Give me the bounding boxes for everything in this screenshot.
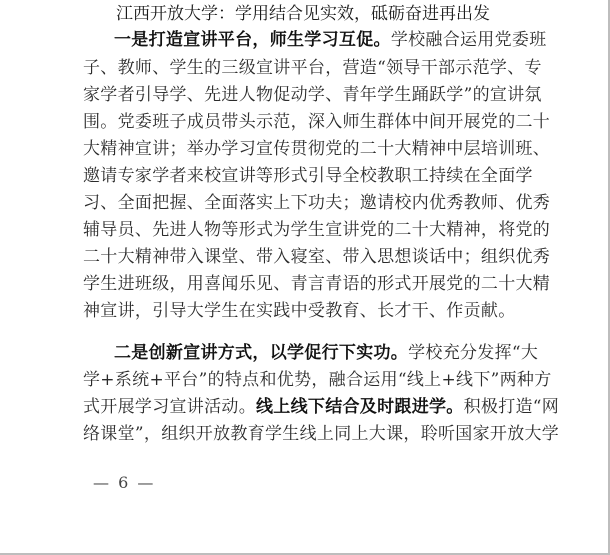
paragraph-1-line-3: 家学者引导学、先进人物促动学、青年学生踊跃学”的宣讲氛 (83, 84, 529, 106)
paragraph-1-line-8: 辅导员、先进人物等形式为学生宣讲党的二十大精神，将党的 (83, 219, 529, 241)
paragraph-1-line-6: 邀请专家学者来校宣讲等形式引导全校教职工持续在全面学 (83, 165, 529, 187)
paragraph-2-line-1: 二是创新宣讲方式，以学促行下实功。学校充分发挥“大 (83, 342, 529, 364)
paragraph-2-line-2: 学+系统+平台”的特点和优势，融合运用“线上+线下”两种方 (83, 369, 529, 391)
document-page: 江西开放大学：学用结合见实效，砥砺奋进再出发 一是打造宣讲平台，师生学习互促。学… (0, 0, 610, 555)
paragraph-1-line-2: 子、教师、学生的三级宣讲平台，营造“领导干部示范学、专 (83, 57, 529, 79)
paragraph-1-line-1: 一是打造宣讲平台，师生学习互促。学校融合运用党委班 (83, 29, 529, 51)
paragraph-1-line-7: 习、全面把握、全面落实上下功夫；邀请校内优秀教师、优秀 (83, 192, 529, 214)
paragraph-2-heading: 二是创新宣讲方式，以学促行下实功。 (114, 343, 408, 363)
paragraph-1-line-10: 学生进班级，用喜闻乐见、青言青语的形式开展党的二十大精 (83, 273, 529, 295)
paragraph-2-line-3: 式开展学习宣讲活动。线上线下结合及时跟进学。积极打造“网 (83, 396, 529, 418)
document-title: 江西开放大学：学用结合见实效，砥砺奋进再出发 (116, 3, 496, 25)
paragraph-2-text-b: 积极打造“网 (464, 397, 560, 417)
paragraph-1-heading: 一是打造宣讲平台，师生学习互促。 (114, 30, 391, 50)
paragraph-1-text: 学校融合运用党委班 (391, 30, 547, 50)
paragraph-1-line-9: 二十大精神带入课堂、带入寝室、带入思想谈话中；组织优秀 (83, 246, 529, 268)
paragraph-1-line-11: 神宣讲，引导大学生在实践中受教育、长才干、作贡献。 (83, 300, 529, 322)
page-number: — 6 — (93, 473, 155, 492)
paragraph-2-text: 学校充分发挥“大 (408, 343, 538, 363)
paragraph-2-line-4: 络课堂”，组织开放教育学生线上同上大课，聆听国家开放大学 (83, 423, 529, 445)
paragraph-2-text-a: 式开展学习宣讲活动。 (83, 397, 256, 417)
paragraph-1-line-5: 大精神宣讲；举办学习宣传贯彻党的二十大精神中层培训班、 (83, 138, 529, 160)
paragraph-2-inline-bold: 线上线下结合及时跟进学。 (256, 397, 464, 417)
paragraph-1-line-4: 围。党委班子成员带头示范，深入师生群体中间开展党的二十 (83, 111, 529, 133)
